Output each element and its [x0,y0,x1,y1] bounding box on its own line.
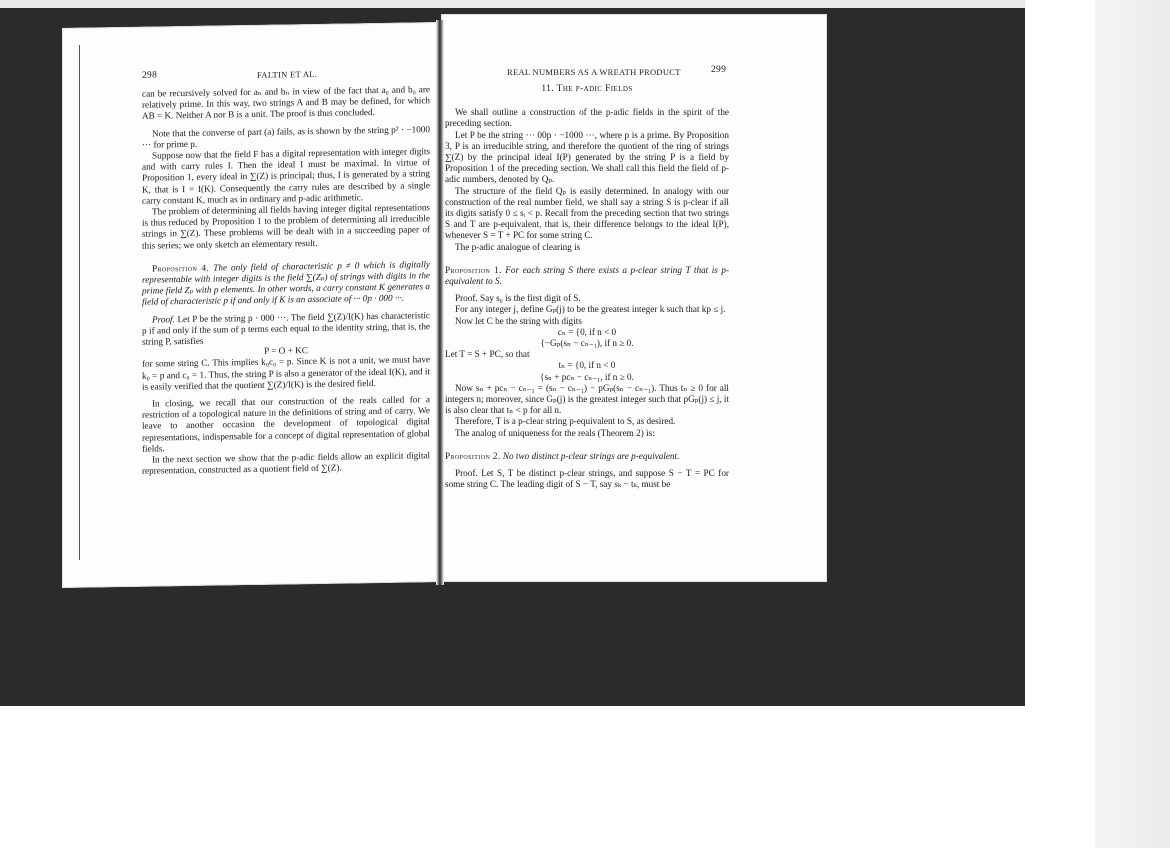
proposition-label: Proposition 1. [445,265,502,275]
running-head-left: FALTIN ET AL. [257,69,317,81]
equation-c-line-2: {−Gₚ(sₙ − cₙ₋₁), if n ≥ 0. [445,338,729,349]
equation-t-line-1: tₙ = {0, if n < 0 [445,360,729,371]
equation-c-line-1: cₙ = {0, if n < 0 [445,327,729,338]
proposition-label: Proposition 4. [152,262,209,273]
proposition-2: Proposition 2. No two distinct p-clear s… [445,451,729,462]
paragraph: Therefore, T is a p-clear string p-equiv… [445,416,729,427]
paragraph: The problem of determining all fields ha… [142,202,430,251]
paragraph: for some string C. This implies k₀c₀ = p… [142,355,430,393]
proof-text: Let P be the string p · 000 ···. The fie… [142,310,430,347]
paragraph: Now sₙ + pcₙ − cₙ₋₁ = (sₙ − cₙ₋₁) − pGₚ(… [445,383,729,417]
page-margin-line [79,45,80,560]
right-page: REAL NUMBERS AS A WREATH PRODUCT 299 11.… [441,14,827,582]
left-page-body: can be recursively solved for aₙ and bₙ … [142,84,430,477]
proposition-label: Proposition 2. [445,451,501,461]
paragraph: The analog of uniqueness for the reals (… [445,428,729,439]
paragraph: Suppose now that the field F has a digit… [142,146,430,207]
scanner-paper-edge [1025,0,1096,848]
paragraph: In closing, we recall that our construct… [142,394,430,455]
paragraph: can be recursively solved for aₙ and bₙ … [142,84,430,122]
right-page-body: 11. The p-adic Fields We shall outline a… [445,84,729,491]
proposition-1: Proposition 1. For each string S there e… [445,265,729,287]
left-page: 298 FALTIN ET AL. can be recursively sol… [62,22,440,588]
page-number-left: 298 [142,70,157,81]
section-title: 11. The p-adic Fields [445,84,729,95]
proof-line: Now let C be the string with digits [445,316,729,327]
proof-line: For any integer j, define Gₚ(j) to be th… [445,304,729,315]
page-number-right: 299 [711,65,726,76]
proof-label: Proof. [152,314,175,324]
paragraph: We shall outline a construction of the p… [445,107,729,129]
proof-line: Proof. Say s₀ is the first digit of S. [445,293,729,304]
equation-t-line-2: {sₙ + pcₙ − cₙ₋₁, if n ≥ 0. [445,372,729,383]
book-gutter [436,20,444,585]
paragraph: Let T = S + PC, so that [445,349,729,360]
scanner-right-margin [1095,0,1170,848]
proof: Proof. Let P be the string p · 000 ···. … [142,310,430,348]
paragraph: Let P be the string ··· 00p · −1000 ···,… [445,130,729,186]
proposition-text: No two distinct p-clear strings are p-eq… [503,451,680,461]
running-head-right: REAL NUMBERS AS A WREATH PRODUCT [507,67,681,78]
paragraph: In the next section we show that the p-a… [142,450,430,477]
paragraph: The structure of the field Qₚ is easily … [445,186,729,242]
proposition-4: Proposition 4. The only field of charact… [142,259,430,308]
paragraph: Proof. Let S, T be distinct p-clear stri… [445,468,729,490]
paragraph: The p-adic analogue of clearing is [445,242,729,253]
